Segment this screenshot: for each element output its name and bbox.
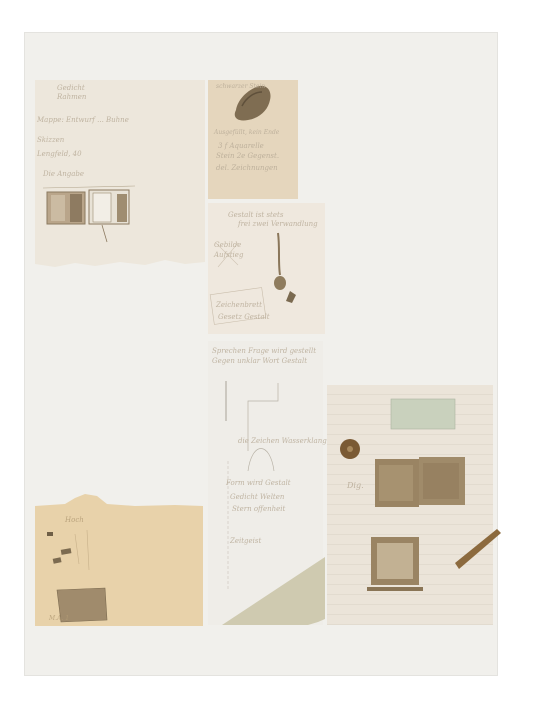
note-text: Skizzen <box>37 136 64 145</box>
sheet-right-lined: Dig. <box>327 385 493 625</box>
note-text: Die Angabe <box>43 170 84 179</box>
note-text: Aufstieg <box>214 251 243 260</box>
sheet-middle: Gestalt ist stets frei zwei Verwandlung … <box>208 203 325 334</box>
note-text: die Zeichen Wasserklang <box>238 437 327 446</box>
note-text: Gesetz Gestalt <box>218 313 270 322</box>
note-text: Sprechen Frage wird gestellt <box>212 347 316 356</box>
stone-drawing <box>208 80 298 199</box>
sheet-e-drawings <box>327 385 493 625</box>
sheet-tall-center: Sprechen Frage wird gestellt Gegen unkla… <box>208 341 325 627</box>
note-text: 3 f Aquarelle <box>218 142 264 151</box>
sheet-f-shape <box>35 494 203 626</box>
note-text: M.A. 1 <box>49 614 69 623</box>
note-text: Stein 2e Gegenst. <box>216 152 279 161</box>
note-text: Gedicht Welten <box>230 493 284 502</box>
note-text: Dig. <box>347 481 364 490</box>
note-text: Mappe: Entwurf ... Buhne <box>37 116 129 125</box>
note-text: Form wird Gestalt <box>226 479 291 488</box>
note-text: frei zwei Verwandlung <box>238 220 318 229</box>
note-text: Gestalt ist stets <box>228 211 283 220</box>
note-text: Rahmen <box>57 93 86 102</box>
note-text: Gebilde <box>214 241 241 250</box>
sheet-bottom-left-tan: Hoch M.A. 1 <box>35 494 203 626</box>
note-text: del. Zeichnungen <box>216 164 278 173</box>
note-text: Lengfeld, 40 <box>37 150 82 159</box>
note-text: Ausgefüllt, kein Ende <box>214 128 279 137</box>
note-text: Stern offenheit <box>232 505 285 514</box>
note-text: Gegen unklar Wort Gestalt <box>212 357 307 366</box>
sheet-top-left: Gedicht Rahmen Mappe: Entwurf ... Buhne … <box>35 80 205 270</box>
note-text: Hoch <box>65 516 84 525</box>
note-text: Zeitgeist <box>230 537 261 546</box>
sheet-top-middle: schwarzer Stein Ausgefüllt, kein Ende 3 … <box>208 80 298 199</box>
note-text: schwarzer Stein <box>216 82 265 91</box>
note-text: Zeichenbrett <box>216 301 262 310</box>
note-text: Gedicht <box>57 84 85 93</box>
